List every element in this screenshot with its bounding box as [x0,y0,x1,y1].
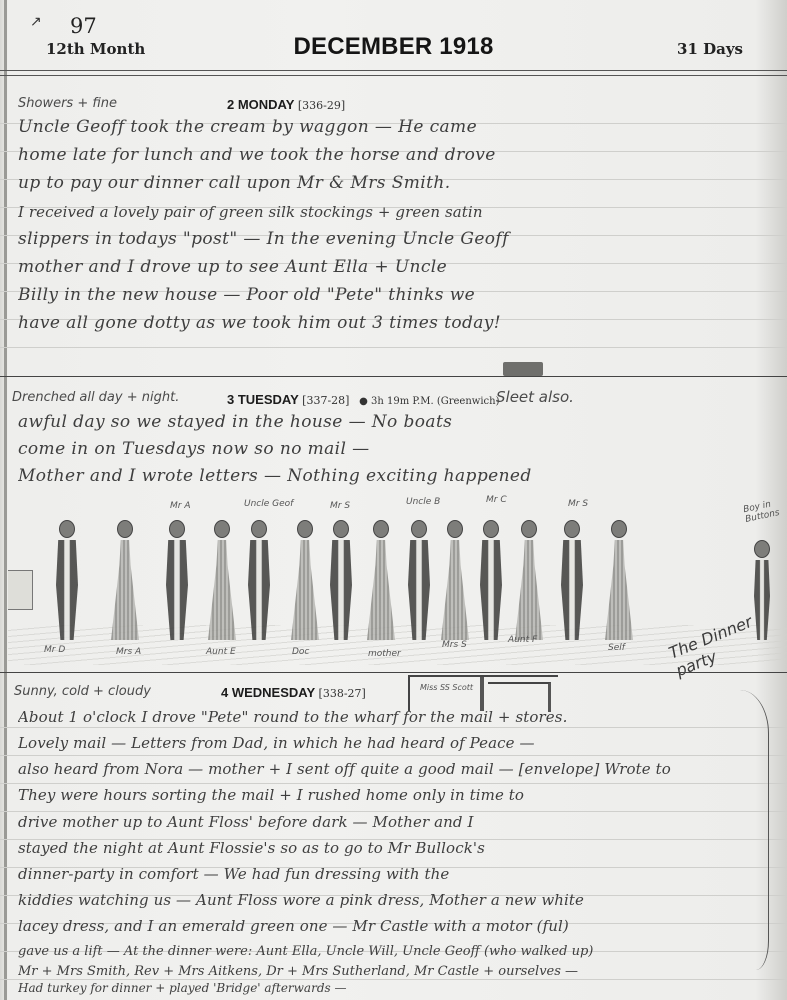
header-double-rule [0,70,787,76]
day-heading-wednesday: 4 WEDNESDAY [338-27] [221,685,366,700]
figure-label: Mrs S [442,640,467,650]
entry-line: home late for lunch and we took the hors… [18,145,783,165]
figure-label: Mr S [330,501,350,511]
figure-man [408,520,430,640]
figure-woman [518,520,540,640]
entry-line: awful day so we stayed in the house — No… [18,412,783,432]
entry-line: mother and I drove up to see Aunt Ella +… [18,257,783,277]
side-table-sketch [8,570,33,610]
weather-note-wednesday: Sunny, cold + cloudy [14,684,151,699]
diary-page: ↗ 97 12th Month DECEMBER 1918 31 Days Sh… [0,0,787,1000]
entry-line: Had turkey for dinner + played 'Bridge' … [18,981,783,995]
page-title: DECEMBER 1918 [0,33,787,61]
dinner-party-sketch: Mr D Mrs A Mr A Aunt E Uncle Geof Doc Mr… [8,495,787,670]
pencil-tick-mark: ↗ [30,14,42,31]
page-header: ↗ 97 12th Month DECEMBER 1918 31 Days [0,0,787,72]
figure-man [56,520,78,640]
entry-line: drive mother up to Aunt Floss' before da… [18,813,783,831]
ink-blot [503,362,543,376]
figure-woman [444,520,466,640]
entry-line: come in on Tuesdays now so no mail — [18,439,783,459]
figure-label: Mr S [568,499,588,509]
entry-line: slippers in todays "post" — In the eveni… [18,229,783,249]
figure-woman [114,520,136,640]
entry-divider [0,376,787,377]
sketch-caption: The Dinner party [666,600,787,681]
figure-woman [608,520,630,640]
day-of-year-numbers: [336-29] [298,99,345,112]
day-heading-monday: 2 MONDAY [336-29] [227,97,345,112]
entry-line: Billy in the new house — Poor old "Pete"… [18,285,783,305]
figure-woman [294,520,316,640]
weather-note-tuesday: Drenched all day + night. [12,390,179,405]
figure-label: Mr D [44,645,65,655]
figure-label: mother [368,649,401,659]
entry-line: About 1 o'clock I drove "Pete" round to … [18,708,783,726]
envelope-label: Miss SS Scott [420,683,473,692]
figure-label: Uncle Geof [244,499,293,509]
entry-line: up to pay our dinner call upon Mr & Mrs … [18,173,783,193]
figure-man [480,520,502,640]
weather-note-tuesday-extra: Sleet also. [496,388,574,406]
entry-line: gave us a lift — At the dinner were: Aun… [18,944,783,959]
weather-note-monday: Showers + fine [18,96,117,111]
entry-line: lacey dress, and I an emerald green one … [18,917,783,935]
entry-line: I received a lovely pair of green silk s… [18,203,783,221]
entry-line: Mother and I wrote letters — Nothing exc… [18,466,783,486]
entry-line: Lovely mail — Letters from Dad, in which… [18,734,783,752]
figure-label: Aunt F [508,635,537,645]
day-heading-text: 2 MONDAY [227,97,294,112]
day-of-year-numbers: [338-27] [319,687,366,700]
day-heading-tuesday: 3 TUESDAY [337-28] ● 3h 19m P.M. (Greenw… [227,392,500,407]
days-in-month-label: 31 Days [677,40,743,58]
entry-line: Uncle Geoff took the cream by waggon — H… [18,117,783,137]
entry-line: stayed the night at Aunt Flossie's so as… [18,839,783,857]
figure-label: Mr A [170,501,190,511]
moon-phase-note: ● 3h 19m P.M. (Greenwich) [359,396,499,407]
figure-man [561,520,583,640]
entry-line: kiddies watching us — Aunt Floss wore a … [18,891,783,909]
day-heading-text: 3 TUESDAY [227,392,299,407]
entry-line: Mr + Mrs Smith, Rev + Mrs Aitkens, Dr + … [18,964,783,979]
entry-line: dinner-party in comfort — We had fun dre… [18,865,783,883]
entry-line: have all gone dotty as we took him out 3… [18,313,783,333]
figure-label: Mr C [486,495,507,505]
entry-divider [0,672,787,673]
figure-man [330,520,352,640]
figure-label: Aunt E [206,647,236,657]
figure-label: Mrs A [116,647,141,657]
figure-label: Self [608,643,625,653]
day-of-year-numbers: [337-28] [302,394,349,407]
entry-line: They were hours sorting the mail + I rus… [18,786,783,804]
figure-woman [370,520,392,640]
figure-label: Boy in Buttons [742,497,785,525]
entry-line: also heard from Nora — mother + I sent o… [18,760,783,778]
figure-man [166,520,188,640]
figure-woman [211,520,233,640]
figure-label: Uncle B [406,497,440,507]
figure-label: Doc [292,647,309,657]
figure-man [248,520,270,640]
day-heading-text: 4 WEDNESDAY [221,685,315,700]
